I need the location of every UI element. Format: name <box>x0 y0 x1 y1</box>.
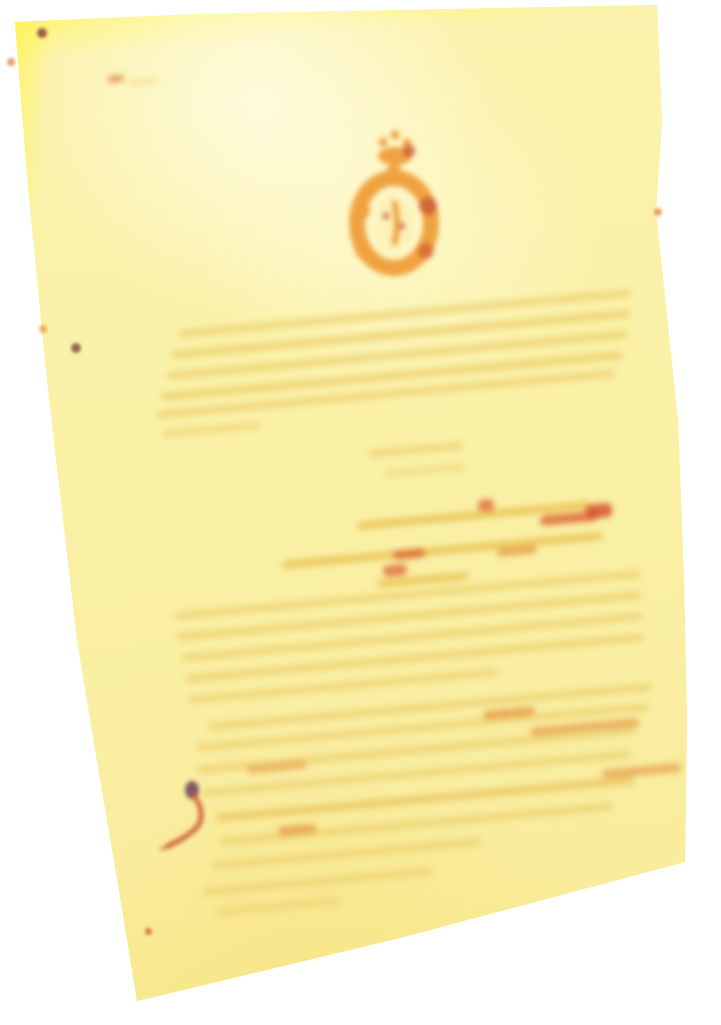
stain-dots <box>0 0 721 1025</box>
stain-dot <box>39 325 47 333</box>
stain-dot <box>654 208 662 216</box>
stain-dot <box>7 58 15 66</box>
stain-dot <box>71 343 81 353</box>
photo-of-document <box>0 0 721 1025</box>
stain-dot <box>145 928 152 935</box>
stain-dot <box>37 28 47 38</box>
